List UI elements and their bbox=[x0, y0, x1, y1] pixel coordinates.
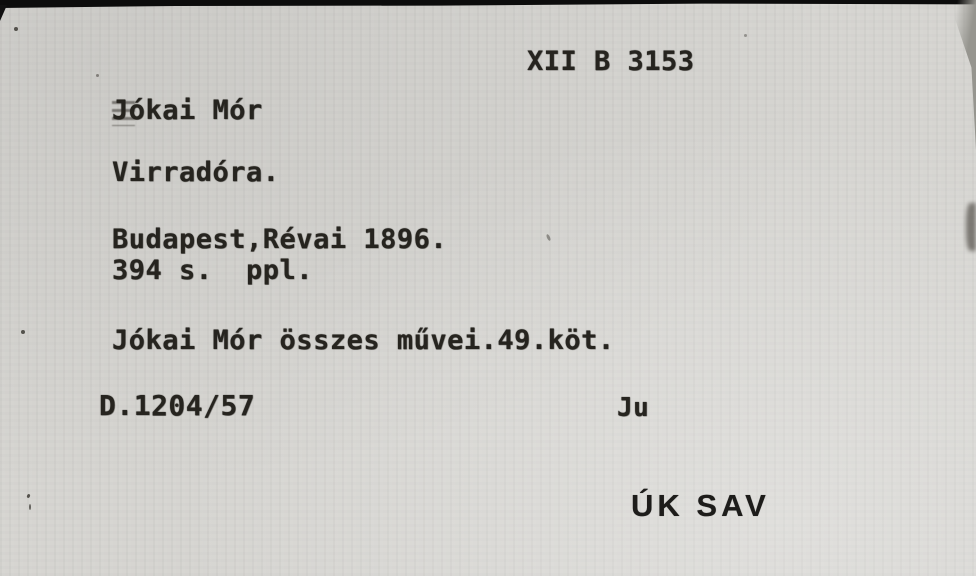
cataloguer-initials: Ju bbox=[617, 393, 649, 423]
dust-speck bbox=[546, 234, 552, 242]
call-number: XII B 3153 bbox=[527, 46, 695, 77]
imprint-pagination: 394 s. ppl. bbox=[112, 255, 313, 286]
dust-speck bbox=[744, 34, 747, 37]
catalog-card-scan: XII B 3153 Jókai Mór Virradóra. Budapest… bbox=[0, 0, 976, 576]
accession-number: D.1204/57 bbox=[99, 389, 255, 422]
title: Virradóra. bbox=[112, 157, 280, 188]
scan-top-border bbox=[0, 0, 976, 8]
card-edge-shadow bbox=[938, 0, 976, 150]
dust-speck bbox=[26, 494, 30, 499]
scan-corner-notch bbox=[0, 5, 7, 21]
imprint-publisher-year: Budapest,Révai 1896. bbox=[112, 224, 447, 255]
dust-speck bbox=[96, 74, 99, 77]
dust-speck bbox=[21, 330, 25, 334]
library-stamp: ÚK SAV bbox=[631, 488, 770, 524]
dust-speck bbox=[29, 504, 31, 510]
ink-overstrike-smudge bbox=[112, 101, 135, 126]
dust-speck bbox=[14, 27, 18, 31]
ink-smudge-right-edge bbox=[966, 203, 976, 251]
series-note: Jókai Mór összes művei.49.köt. bbox=[112, 325, 615, 356]
